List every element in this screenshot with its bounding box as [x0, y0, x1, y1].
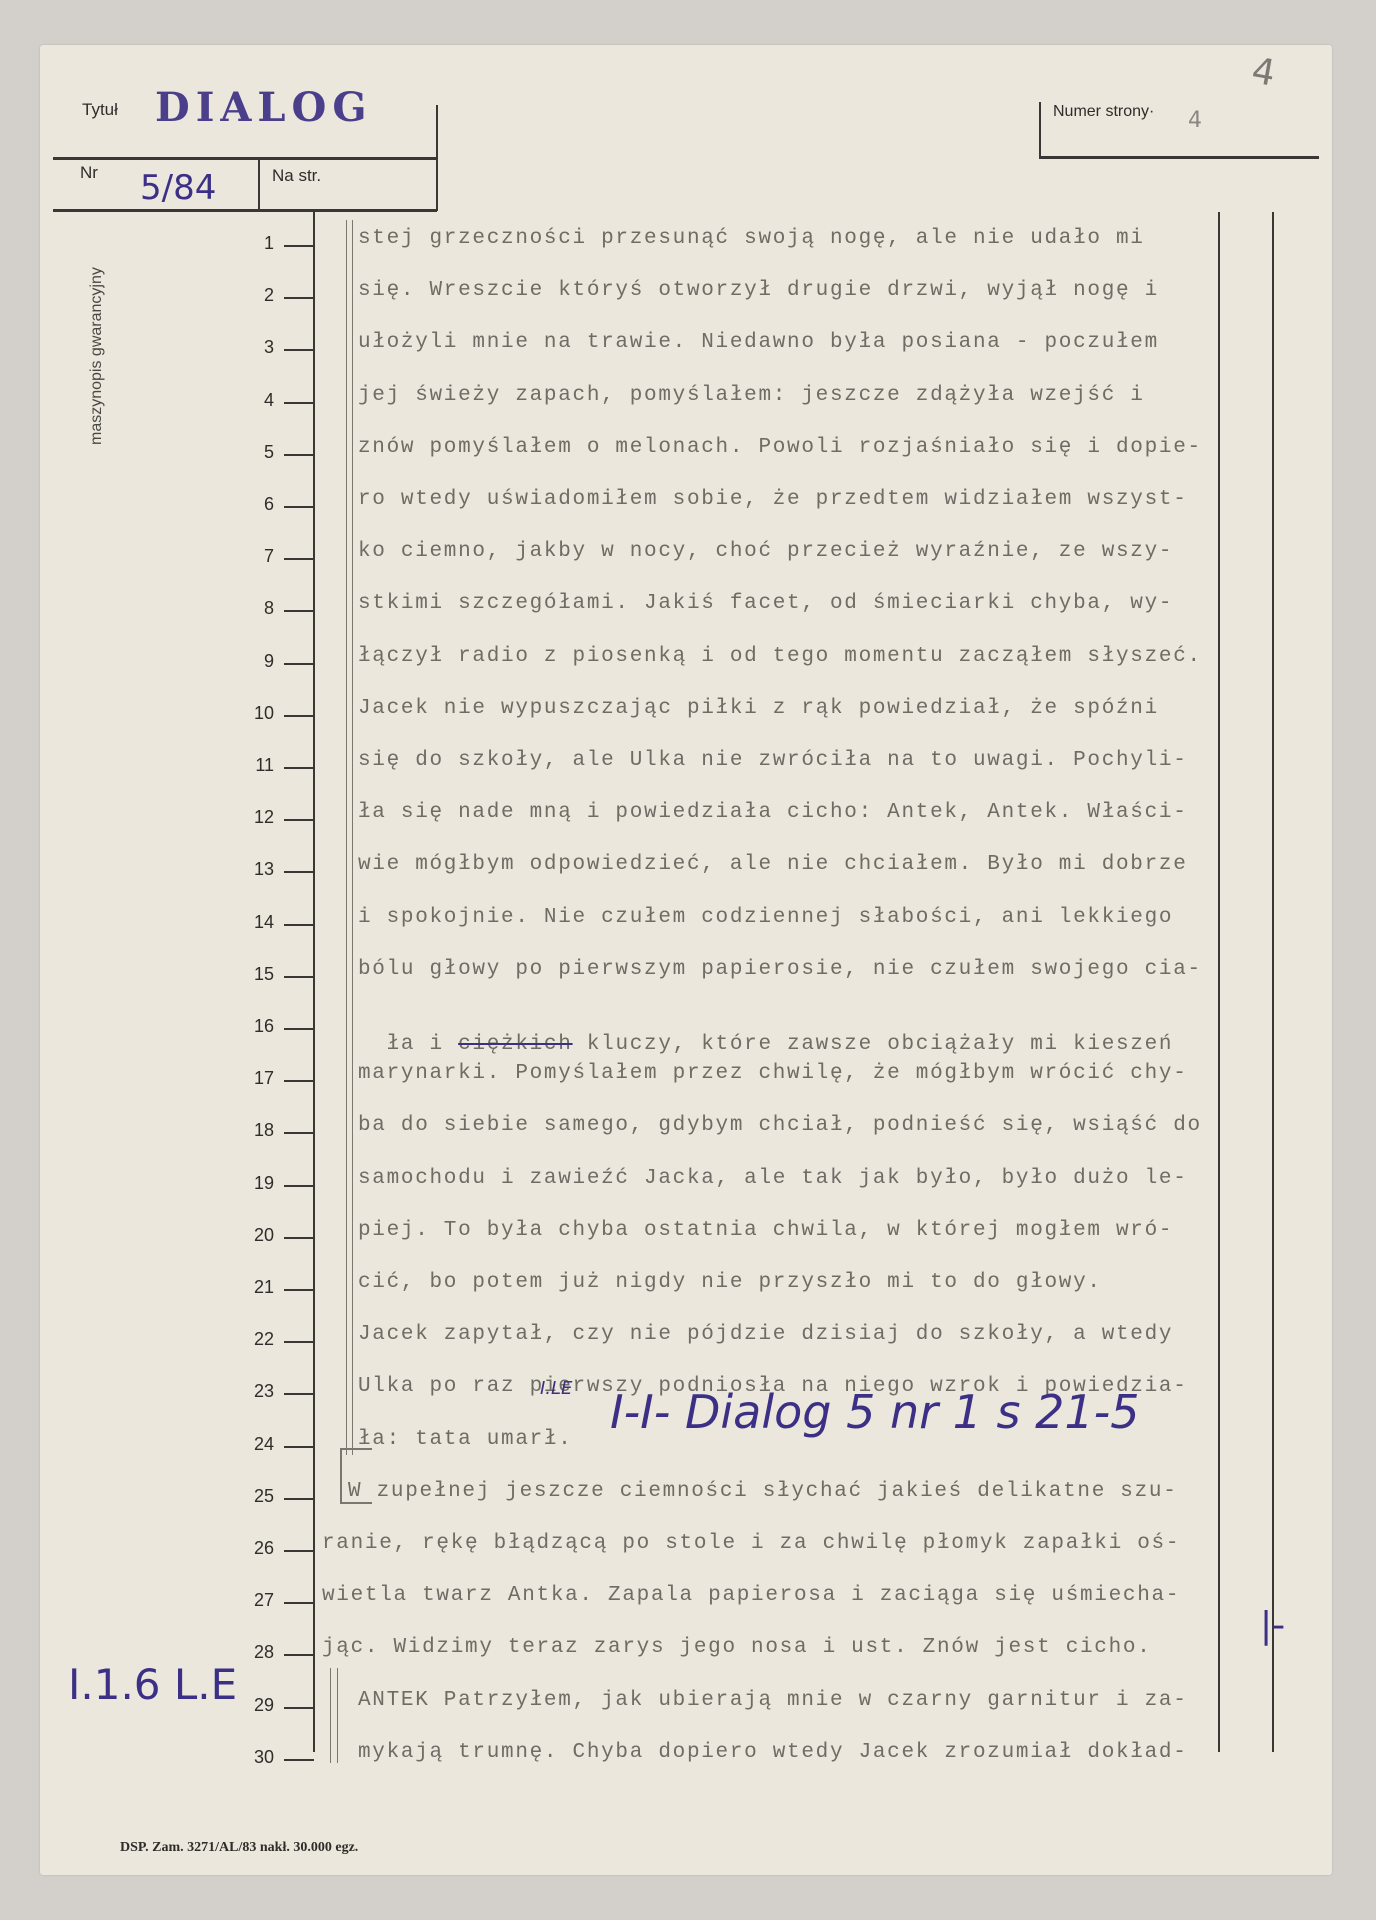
struck-word: ciężkich [458, 1033, 572, 1056]
typed-line: ła: tata umarł. [358, 1428, 573, 1451]
line-number: 4 [234, 390, 274, 411]
line-tick [284, 924, 314, 926]
line-tick [284, 454, 314, 456]
line-number: 29 [234, 1695, 274, 1716]
line-number: 2 [234, 285, 274, 306]
line-tick [284, 1759, 314, 1761]
line-number: 9 [234, 651, 274, 672]
line-tick [284, 1602, 314, 1604]
handwritten-margin-note: I.1.6 L.E [68, 1660, 237, 1709]
typed-line: łączył radio z piosenką i od tego moment… [358, 645, 1202, 668]
typed-line: stkimi szczegółami. Jakiś facet, od śmie… [358, 592, 1173, 615]
line-tick [284, 663, 314, 665]
typed-line: ułożyli mnie na trawie. Niedawno była po… [358, 331, 1159, 354]
line-tick [284, 1446, 314, 1448]
line-number: 12 [234, 807, 274, 828]
vertical-note: maszynopis gwarancyjny [88, 267, 106, 445]
line-tick [284, 402, 314, 404]
line-tick [284, 1237, 314, 1239]
margin-ruler-line [313, 212, 315, 1752]
line-number: 21 [234, 1277, 274, 1298]
block-marker-left-b [352, 220, 353, 1455]
line-number: 8 [234, 598, 274, 619]
line-number: 30 [234, 1747, 274, 1768]
line-tick [284, 1080, 314, 1082]
header-divider-bottom [53, 209, 437, 212]
page-number-box-left [1039, 102, 1041, 158]
line-tick [284, 558, 314, 560]
line-number: 7 [234, 546, 274, 567]
handwritten-archive-note: I-I- Dialog 5 nr 1 s 21-5 [610, 1385, 1140, 1439]
typed-line: się do szkoły, ale Ulka nie zwróciła na … [358, 749, 1188, 772]
typed-line: Jacek nie wypuszczając piłki z rąk powie… [358, 697, 1159, 720]
line-number: 25 [234, 1486, 274, 1507]
line-tick [284, 1132, 314, 1134]
line-number: 13 [234, 859, 274, 880]
line-tick [284, 1654, 314, 1656]
line-number: 20 [234, 1225, 274, 1246]
line-number: 23 [234, 1381, 274, 1402]
typed-line: się. Wreszcie któryś otworzył drugie drz… [358, 279, 1159, 302]
line-number: 17 [234, 1068, 274, 1089]
header-divider-top [53, 157, 437, 160]
line-tick [284, 349, 314, 351]
line-number: 16 [234, 1016, 274, 1037]
typed-line: ła się nade mną i powiedziała cicho: Ant… [358, 801, 1188, 824]
line-tick [284, 1289, 314, 1291]
line-tick [284, 871, 314, 873]
typed-line: mykają trumnę. Chyba dopiero wtedy Jacek… [358, 1741, 1188, 1764]
header-cell-divider [258, 157, 260, 211]
line-number: 27 [234, 1590, 274, 1611]
title-stamp: DIALOG [155, 84, 373, 131]
na-str-label: Na str. [272, 166, 321, 186]
nr-value: 5/84 [140, 168, 216, 208]
dialogue-marker-a [330, 1668, 331, 1763]
typed-line: cić, bo potem już nigdy nie przyszło mi … [358, 1271, 1102, 1294]
page-number-label: Numer strony· [1053, 103, 1154, 121]
line-tick [284, 1707, 314, 1709]
line-number: 6 [234, 494, 274, 515]
typed-line: znów pomyślałem o melonach. Powoli rozja… [358, 436, 1202, 459]
page-number-box-bottom [1039, 156, 1319, 159]
line-tick [284, 297, 314, 299]
line-tick [284, 1550, 314, 1552]
line-tick [284, 610, 314, 612]
line-tick [284, 1341, 314, 1343]
line-number: 28 [234, 1642, 274, 1663]
line-number: 10 [234, 703, 274, 724]
line-number: 1 [234, 233, 274, 254]
typed-line: piej. To była chyba ostatnia chwila, w k… [358, 1219, 1173, 1242]
page-number-value: 4 [1188, 108, 1202, 133]
dialogue-marker-b [337, 1668, 338, 1763]
typed-line: Jacek zapytał, czy nie pójdzie dzisiaj d… [358, 1323, 1173, 1346]
typed-line-16-rest: kluczy, które zawsze obciążały mi kiesze… [573, 1033, 1174, 1056]
block-marker-left-a [346, 220, 347, 1455]
line-number: 19 [234, 1173, 274, 1194]
typed-line: ba do siebie samego, gdybym chciał, podn… [358, 1114, 1202, 1137]
typed-line: ro wtedy uświadomiłem sobie, że przedtem… [358, 488, 1188, 511]
line-number: 24 [234, 1434, 274, 1455]
line-number: 26 [234, 1538, 274, 1559]
line-tick [284, 245, 314, 247]
typed-line: ko ciemno, jakby w nocy, choć przecież w… [358, 540, 1173, 563]
line-tick [284, 1028, 314, 1030]
line-tick [284, 1393, 314, 1395]
typed-line: ranie, rękę błądzącą po stole i za chwil… [322, 1532, 1180, 1555]
line-tick [284, 1185, 314, 1187]
line-number: 22 [234, 1329, 274, 1350]
typed-line: stej grzeczności przesunąć swoją nogę, a… [358, 227, 1145, 250]
line-tick [284, 819, 314, 821]
typed-line-16: ła i ciężkich kluczy, które zawsze obcią… [358, 1010, 1173, 1056]
line-tick [284, 715, 314, 717]
typed-line: bólu głowy po pierwszym papierosie, nie … [358, 958, 1202, 981]
line-tick [284, 1498, 314, 1500]
line-number: 3 [234, 337, 274, 358]
right-margin-line-inner [1218, 212, 1220, 1752]
line-number: 14 [234, 912, 274, 933]
line-tick [284, 976, 314, 978]
line-tick [284, 506, 314, 508]
typed-line-16-start: ła i [387, 1033, 459, 1056]
nr-label: Nr [80, 163, 98, 183]
line-number: 11 [234, 755, 274, 776]
line-tick [284, 767, 314, 769]
handwritten-small-note: I.LE [540, 1378, 572, 1399]
typed-line: W zupełnej jeszcze ciemności słychać jak… [348, 1480, 1178, 1503]
typed-line: i spokojnie. Nie czułem codziennej słabo… [358, 906, 1173, 929]
line-number: 15 [234, 964, 274, 985]
right-margin-line-outer [1272, 212, 1274, 1752]
line-number: 5 [234, 442, 274, 463]
typed-line: wietla twarz Antka. Zapala papierosa i z… [322, 1584, 1180, 1607]
title-label: Tytuł [82, 100, 118, 120]
typed-line: samochodu i zawieźć Jacka, ale tak jak b… [358, 1167, 1188, 1190]
typed-line: wie mógłbym odpowiedzieć, ale nie chciał… [358, 853, 1188, 876]
line-number: 18 [234, 1120, 274, 1141]
typed-line: jąc. Widzimy teraz zarys jego nosa i ust… [322, 1636, 1152, 1659]
typed-line: ANTEK Patrzyłem, jak ubierają mnie w cza… [358, 1689, 1188, 1712]
handwritten-right-mark: |- [1260, 1605, 1285, 1646]
typed-line: marynarki. Pomyślałem przez chwilę, że m… [358, 1062, 1188, 1085]
typed-line: jej świeży zapach, pomyślałem: jeszcze z… [358, 384, 1145, 407]
footer-imprint: DSP. Zam. 3271/AL/83 nakł. 30.000 egz. [120, 1840, 358, 1856]
